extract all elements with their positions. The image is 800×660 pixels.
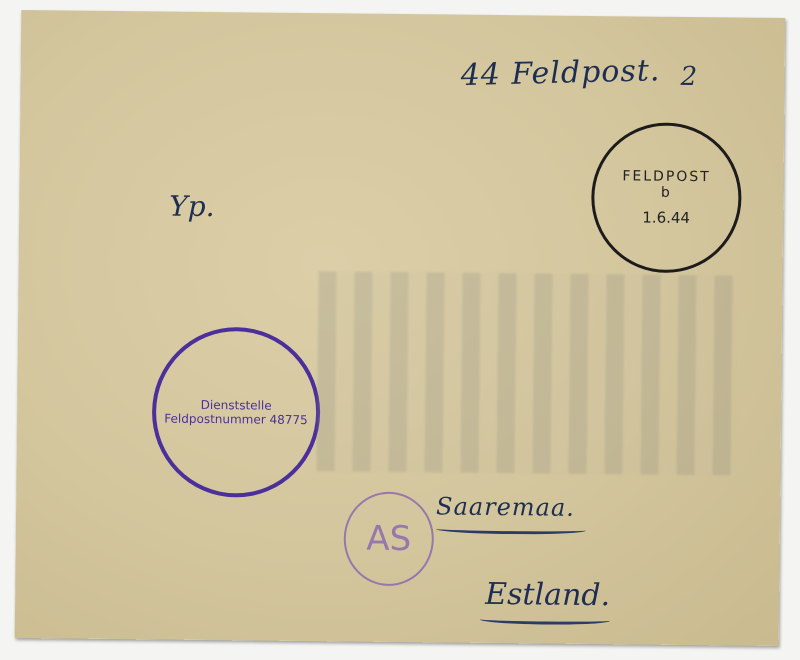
note-text: Yp. (169, 190, 215, 223)
redacted-address (316, 271, 738, 475)
unit-stamp: Dienststelle Feldpostnummer 48775 (151, 326, 321, 498)
heading-text: 44 Feldpost. (460, 53, 660, 93)
underline (480, 615, 610, 625)
corner-number: 2 (680, 62, 697, 92)
destination-island: Saaremaa. (436, 492, 575, 521)
censor-mark: AS (343, 491, 434, 586)
postmark: FELDPOST b 1.6.44 (591, 122, 743, 274)
envelope: 44 Feldpost. 2 Yp. FELDPOST b 1.6.44 Die… (15, 10, 786, 646)
destination-country: Estland. (485, 577, 610, 613)
underline (436, 524, 586, 535)
